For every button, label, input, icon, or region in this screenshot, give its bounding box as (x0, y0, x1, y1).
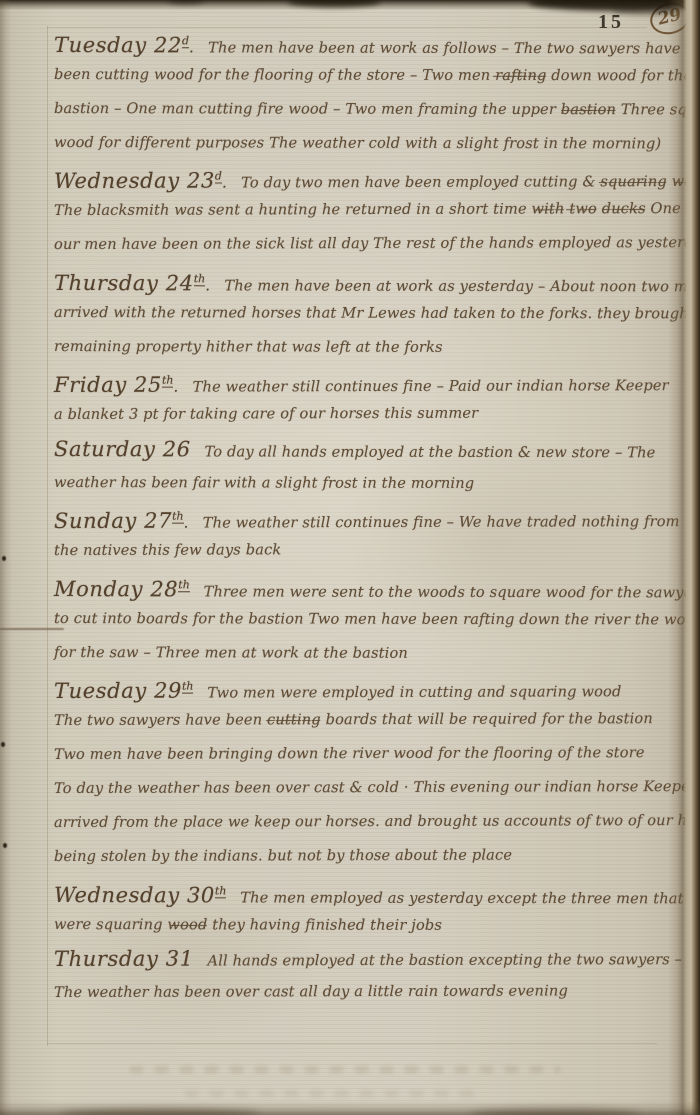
journal-entry: Friday 25th. The weather still continues… (54, 364, 676, 432)
journal-entry: Sunday 27th. The weather still continues… (54, 500, 676, 568)
entry-text: To day all hands employed at the bastion… (205, 443, 656, 461)
entry-line: To day the weather has been over cast & … (54, 770, 676, 806)
entry-date-label: Tuesday 22 (54, 33, 182, 57)
entry-line: to cut into boards for the bastion Two m… (54, 602, 676, 637)
entry-line: Wednesday 30th The men employed as yeste… (54, 874, 676, 909)
entry-line: for the saw – Three men at work at the b… (54, 636, 676, 671)
entry-line: Saturday 26 To day all hands employed at… (54, 432, 676, 467)
entry-text: The weather still continues fine – We ha… (203, 513, 680, 531)
entry-date-label: Saturday 26 (54, 437, 191, 461)
entry-text: The weather still continues fine – Paid … (193, 377, 669, 395)
entry-date-punct: . (205, 276, 210, 294)
entry-date-punct: . (173, 378, 178, 396)
entry-text: All hands employed at the bastion except… (207, 951, 682, 969)
entry-date-heading: Tuesday 22d. (54, 33, 194, 57)
entry-date-heading: Tuesday 29th (54, 679, 194, 703)
entry-line: a blanket 3 pt for taking care of our ho… (54, 396, 676, 432)
entry-line: arrived with the returned horses that Mr… (54, 296, 676, 331)
entry-date-heading: Wednesday 23d. (54, 168, 227, 193)
journal-entry: Monday 28th Three men were sent to the w… (54, 568, 676, 670)
entry-date-heading: Wednesday 30th (54, 883, 226, 907)
bottom-shadow (470, 1109, 640, 1115)
ink-speck (2, 556, 6, 561)
entry-line: been cutting wood for the flooring of th… (54, 58, 676, 93)
entry-line: weather has been fair with a slight fros… (54, 466, 676, 501)
entry-line: bastion – One man cutting fire wood – Tw… (54, 92, 676, 127)
entry-date-ordinal: th (182, 680, 194, 694)
journal-entry: Thursday 31 All hands employed at the ba… (54, 942, 676, 1010)
entry-line: Two men have been bringing down the rive… (54, 736, 676, 772)
journal-entry: Tuesday 22d. The men have been at work a… (54, 24, 676, 160)
entry-date-heading: Saturday 26 (54, 437, 191, 461)
entry-date-ordinal: th (178, 578, 190, 592)
ink-bleedthrough (185, 1090, 475, 1097)
margin-rule-bottom (47, 1043, 657, 1044)
entry-date-punct: . (222, 173, 227, 191)
entry-text: Three men were sent to the woods to squa… (204, 583, 700, 601)
entry-text: To day two men have been employed cuttin… (241, 173, 700, 191)
entry-date-punct: . (184, 514, 189, 532)
entry-date-heading: Friday 25th. (54, 373, 179, 397)
entry-date-label: Thursday 24 (54, 271, 194, 295)
entry-date-ordinal: d (182, 34, 189, 48)
entry-text: The men have been at work as follows – T… (208, 39, 681, 57)
entry-date-label: Sunday 27 (54, 509, 172, 533)
journal-entry: Thursday 24th. The men have been at work… (54, 262, 676, 364)
journal-entry: Tuesday 29th Two men were employed in cu… (54, 670, 676, 874)
entry-text: The men employed as yesterday except the… (240, 889, 684, 907)
entry-line: Sunday 27th. The weather still continues… (54, 498, 676, 534)
entry-date-punct: . (189, 38, 194, 56)
entry-date-ordinal: th (215, 884, 227, 898)
entry-line: The weather has been over cast all day a… (54, 974, 676, 1010)
entry-date-label: Tuesday 29 (54, 679, 182, 703)
entry-date-ordinal: th (194, 272, 206, 286)
ink-speck (1, 742, 5, 747)
entry-date-label: Wednesday 23 (54, 168, 215, 193)
entry-date-label: Wednesday 30 (54, 883, 215, 907)
entry-line: remaining property hither that was left … (54, 330, 676, 365)
entry-line: The two sawyers have been c̶u̶t̶t̶i̶n̶g̶… (54, 702, 676, 738)
ink-bleedthrough (130, 1066, 560, 1073)
entry-line: arrived from the place we keep our horse… (54, 804, 676, 840)
entry-date-heading: Thursday 24th. (54, 271, 211, 295)
entry-text: Two men were employed in cutting and squ… (207, 683, 621, 701)
entry-line: Monday 28th Three men were sent to the w… (54, 568, 676, 603)
entry-date-ordinal: th (172, 510, 184, 524)
entry-line: Wednesday 23d. To day two men have been … (54, 158, 676, 194)
entry-line: Thursday 24th. The men have been at work… (54, 262, 676, 297)
entry-line: wood for different purposes The weather … (54, 126, 676, 161)
entry-text: The men have been at work as yesterday –… (224, 277, 700, 295)
entry-date-ordinal: th (162, 374, 174, 388)
entry-date-label: Thursday 31 (54, 947, 194, 971)
entry-line: Friday 25th. The weather still continues… (54, 362, 676, 398)
entry-line: Thursday 31 All hands employed at the ba… (54, 940, 676, 976)
ink-speck (3, 843, 7, 848)
entry-date-heading: Thursday 31 (54, 947, 194, 971)
entry-line: The blacksmith was sent a hunting he ret… (54, 192, 676, 228)
entry-date-heading: Monday 28th (54, 577, 190, 601)
entry-line: the natives this few days back (54, 532, 676, 568)
journal-entry: Wednesday 23d. To day two men have been … (54, 160, 676, 262)
journal-page: 15 29 Tuesday 22d. The men have been at … (0, 0, 700, 1115)
entry-date-label: Monday 28 (54, 577, 178, 601)
journal-entry: Saturday 26 To day all hands employed at… (54, 432, 676, 500)
entry-line: Tuesday 22d. The men have been at work a… (54, 24, 676, 59)
entry-line: our men have been on the sick list all d… (54, 226, 676, 262)
entry-line: Tuesday 29th Two men were employed in cu… (54, 668, 676, 704)
bottom-shadow (60, 1109, 260, 1115)
entry-line: being stolen by the indians. but not by … (54, 838, 676, 874)
journal-entry: Wednesday 30th The men employed as yeste… (54, 874, 676, 942)
entry-date-ordinal: d (215, 169, 222, 183)
margin-rule-vertical (47, 26, 48, 1046)
book-binding-right (668, 0, 700, 1115)
entry-line: were squaring w̶o̶o̶d̶ they having finis… (54, 908, 676, 943)
journal-entries: Tuesday 22d. The men have been at work a… (54, 24, 676, 1010)
entry-date-heading: Sunday 27th. (54, 509, 189, 533)
entry-date-label: Friday 25 (54, 373, 162, 397)
